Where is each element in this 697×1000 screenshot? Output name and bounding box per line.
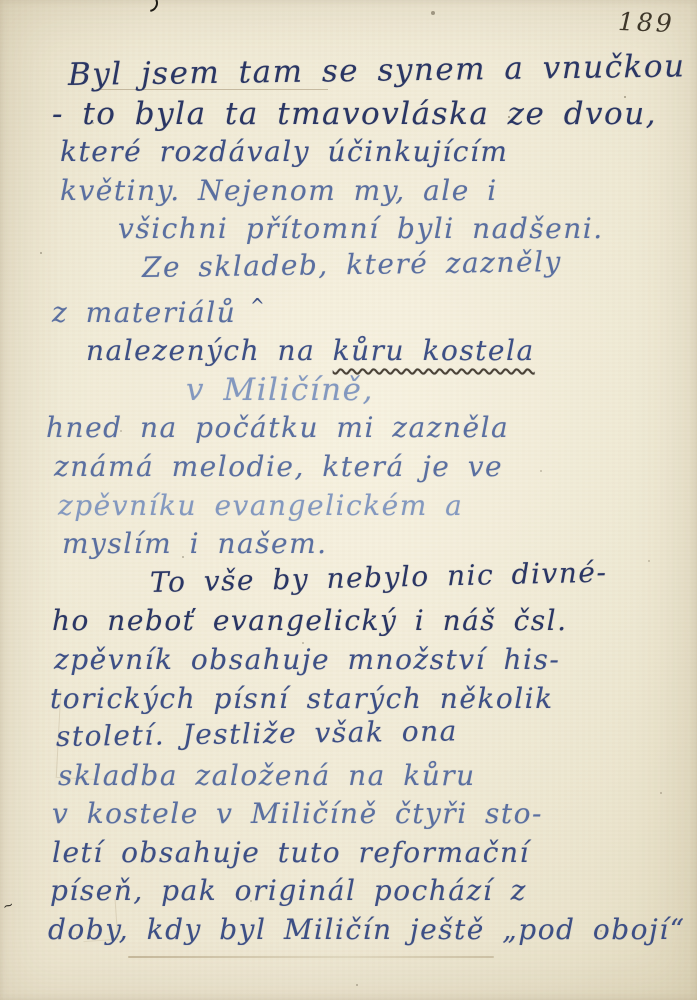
manuscript-line-18: století. Jestliže však ona [56, 709, 697, 757]
manuscript-line-12: zpěvníku evangelickém a [58, 487, 697, 526]
manuscript-line-6: Ze skladeb, které zazněly [142, 241, 697, 287]
manuscript-line-20: v kostele v Miličíně čtyři sto- [52, 795, 697, 834]
manuscript-line-11: známá melodie, která je ve [54, 448, 697, 487]
manuscript-line-text: nalezených na [86, 334, 333, 367]
manuscript-line-9: v Miličíně, [186, 371, 697, 410]
manuscript-line-21: letí obsahuje tuto reformační [52, 834, 697, 873]
manuscript-line-3: které rozdávaly účinkujícím [60, 133, 697, 172]
paper-specks [0, 0, 2, 2]
manuscript-line-22: píseň, pak originál pochází z [50, 872, 697, 911]
insertion-caret-mark: ^ [250, 284, 266, 330]
manuscript-line-8: nalezených na kůru kostela [86, 332, 697, 371]
paper-seam-line [128, 956, 494, 958]
manuscript-line-23: doby, kdy byl Miličín ještě „pod obojí“ [48, 911, 697, 950]
ink-smudge-top [136, 0, 161, 16]
page-number: 189 [618, 7, 676, 38]
manuscript-line-text: z materiálů [52, 296, 236, 329]
manuscript-line-1: Byl jsem tam se synem a vnučkou - [68, 47, 697, 94]
manuscript-line-19: skladba založená na kůru [58, 757, 697, 796]
manuscript-line-15: ho neboť evangelický i náš čsl. [52, 602, 697, 641]
manuscript-line-2: - to byla ta tmavovláska ze dvou, [52, 95, 697, 134]
manuscript-line-4: květiny. Nejenom my, ale i [60, 172, 697, 211]
manuscript-line-16: zpěvník obsahuje množství his- [54, 641, 697, 680]
manuscript-line-10: hned na počátku mi zazněla [46, 409, 697, 448]
wavy-underlined-phrase: kůru kostela [333, 334, 535, 367]
manuscript-line-7: z materiálů^ [52, 288, 697, 333]
handwritten-text-block: Byl jsem tam se synem a vnučkou - - to b… [0, 56, 697, 950]
scanned-manuscript-page: ~ 189 Byl jsem tam se synem a vnučkou - … [0, 0, 697, 1000]
